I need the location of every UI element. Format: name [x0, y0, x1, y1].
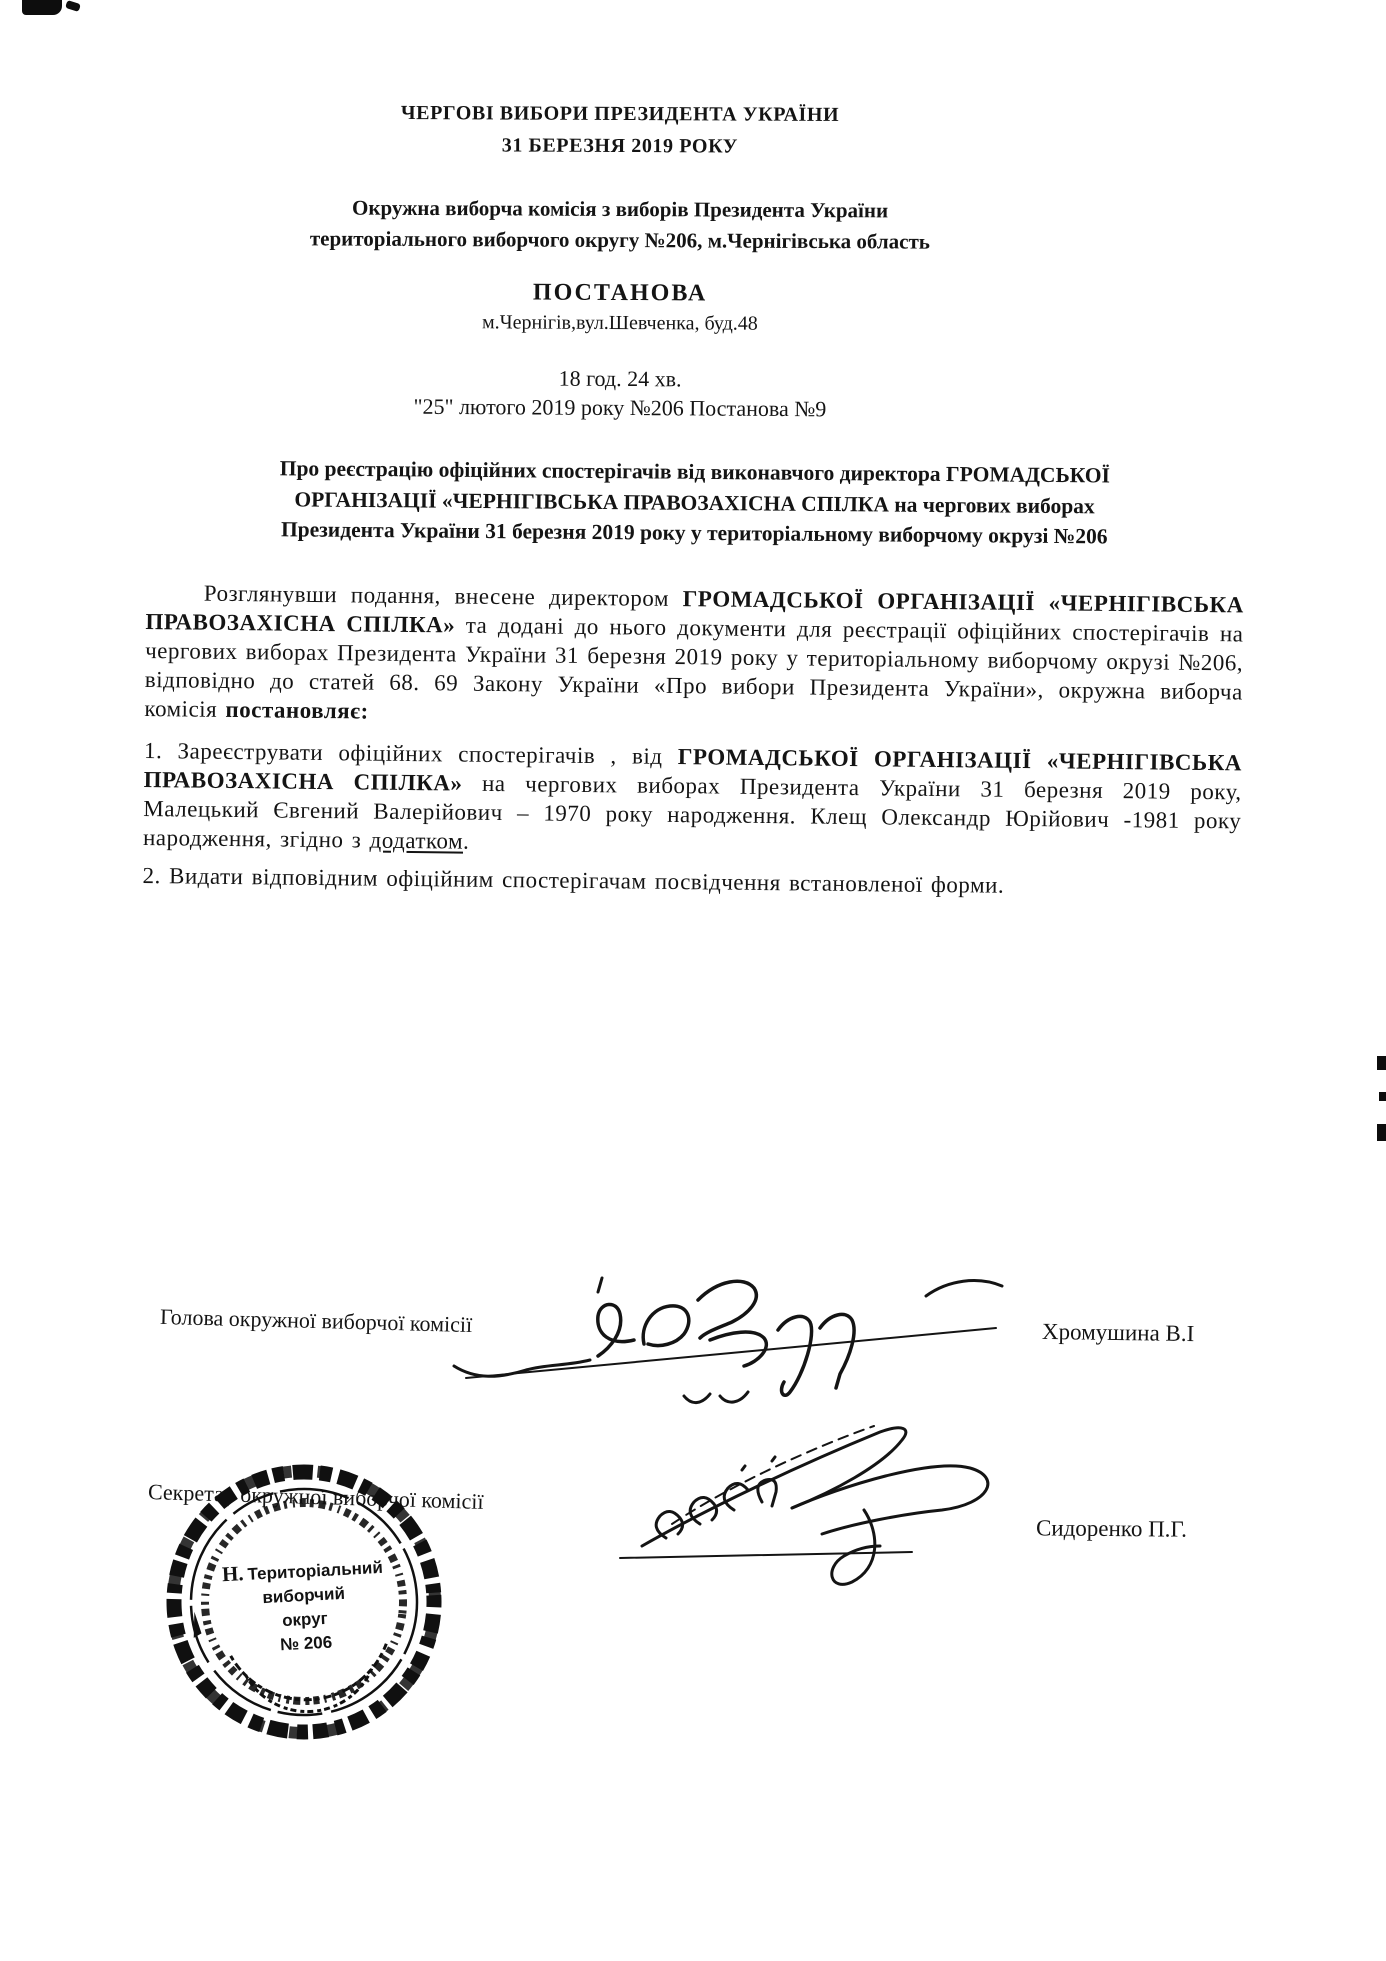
scan-artifact-top-left	[22, 0, 62, 15]
resolution-body: Розглянувши подання, внесене директором …	[142, 578, 1243, 902]
preamble-paragraph: Розглянувши подання, внесене директором …	[144, 578, 1244, 735]
stamp-prefix: Н.	[221, 1561, 244, 1586]
chairman-name: Хромушина В.І	[1042, 1319, 1195, 1347]
election-header-line2: 31 БЕРЕЗНЯ 2019 РОКУ	[0, 127, 1240, 164]
stamp-line1-text: Територіальний	[247, 1558, 383, 1584]
round-stamp: Н.Територіальний виборчий округ № 206	[151, 1449, 458, 1756]
commission-line2: територіального виборчого округу №206, м…	[0, 222, 1240, 259]
resolution-item-1: 1. Зареєструвати офіційних спостерігачів…	[143, 736, 1242, 864]
datetime-block: 18 год. 24 хв. "25" лютого 2019 року №20…	[0, 360, 1240, 426]
secretary-signature	[612, 1406, 1032, 1591]
annex-link-underlined: додатком	[369, 828, 463, 854]
secretary-name: Сидоренко П.Г.	[1036, 1515, 1187, 1542]
commission-address: м.Чернігів,вул.Шевченка, буд.48	[0, 305, 1240, 341]
chairman-label: Голова окружної виборчої комісії	[160, 1304, 473, 1338]
item1-text-3: .	[463, 829, 470, 854]
resolves-word-bold: постановляє:	[225, 697, 369, 724]
scan-artifact-top-left-2	[65, 0, 81, 12]
doc-type-block: ПОСТАНОВА м.Чернігів,вул.Шевченка, буд.4…	[0, 275, 1240, 341]
preamble-text-1: Розглянувши подання, внесене директором	[204, 581, 683, 611]
scan-artifact-right-edge-3	[1377, 1124, 1386, 1141]
resolution-title: Про реєстрацію офіційних спостерігачів в…	[139, 452, 1250, 553]
commission-heading: Окружна виборча комісія з виборів Презид…	[0, 191, 1240, 259]
item1-text-1: 1. Зареєструвати офіційних спостерігачів…	[144, 738, 678, 769]
resolution-item-2: 2. Видати відповідним офіційним спостері…	[142, 861, 1240, 902]
scanned-document-page: ЧЕРГОВІ ВИБОРИ ПРЕЗИДЕНТА УКРАЇНИ 31 БЕР…	[0, 0, 1386, 1961]
scan-artifact-right-edge	[1377, 1056, 1386, 1070]
election-header: ЧЕРГОВІ ВИБОРИ ПРЕЗИДЕНТА УКРАЇНИ 31 БЕР…	[0, 95, 1240, 164]
scan-artifact-right-edge-2	[1379, 1092, 1386, 1101]
chairman-signature	[448, 1270, 1008, 1410]
stamp-center-text: Н.Територіальний виборчий округ № 206	[156, 1550, 453, 1663]
election-header-line1: ЧЕРГОВІ ВИБОРИ ПРЕЗИДЕНТА УКРАЇНИ	[0, 95, 1240, 132]
doc-date-number: "25" лютого 2019 року №206 Постанова №9	[0, 389, 1240, 426]
